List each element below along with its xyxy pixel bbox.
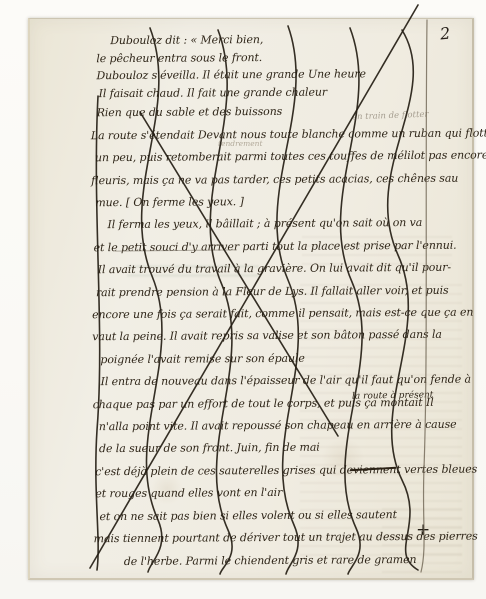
manuscript-line: Il avait trouvé du travail à la gravière… xyxy=(98,257,444,282)
manuscript-line: encore une fois ça serait fait, comme il… xyxy=(92,302,444,327)
manuscript-line: de la sueur de son front. Juin, fin de m… xyxy=(99,436,445,461)
manuscript-line: Il ferma les yeux, il bâillait ; à prése… xyxy=(107,212,443,237)
pencil-note: tendrement xyxy=(218,139,263,148)
manuscript-line: n'alla point vite. Il avait repoussé son… xyxy=(99,414,445,439)
interline-insertion: la route à présent xyxy=(352,390,434,401)
manuscript-line: et rouges quand elles vont en l'air xyxy=(95,481,445,506)
manuscript-line: mais tiennent pourtant de dériver tout u… xyxy=(94,526,446,551)
plus-mark: + xyxy=(416,520,430,540)
manuscript-line: La route s'étendait Devant nous toute bl… xyxy=(91,123,443,148)
manuscript-line: vaut la peine. Il avait repris sa valise… xyxy=(92,324,444,349)
manuscript-line: poignée l'avait remise sur son épaule xyxy=(100,347,444,372)
manuscript-line: c'est déjà plein de ces sauterelles gris… xyxy=(95,459,445,484)
manuscript-line: et le petit souci d'y arriver parti tout… xyxy=(94,235,444,260)
manuscript-line: de l'herbe. Parmi le chiendent gris et r… xyxy=(124,548,446,573)
manuscript-line: Dubouloz dit : « Merci bien, xyxy=(110,30,442,50)
manuscript-line: un peu, puis retomberait parmi toutes ce… xyxy=(95,145,443,170)
manuscript-line: fleuris, mais ça ne va pas tarder, ces p… xyxy=(91,167,443,192)
manuscript-line: et on ne sait pas bien si elles volent o… xyxy=(99,503,445,528)
manuscript-line: rait prendre pension à la Fleur de Lys. … xyxy=(96,279,444,304)
manuscript-line: mue. [ On ferme les yeux. ] xyxy=(95,190,443,215)
